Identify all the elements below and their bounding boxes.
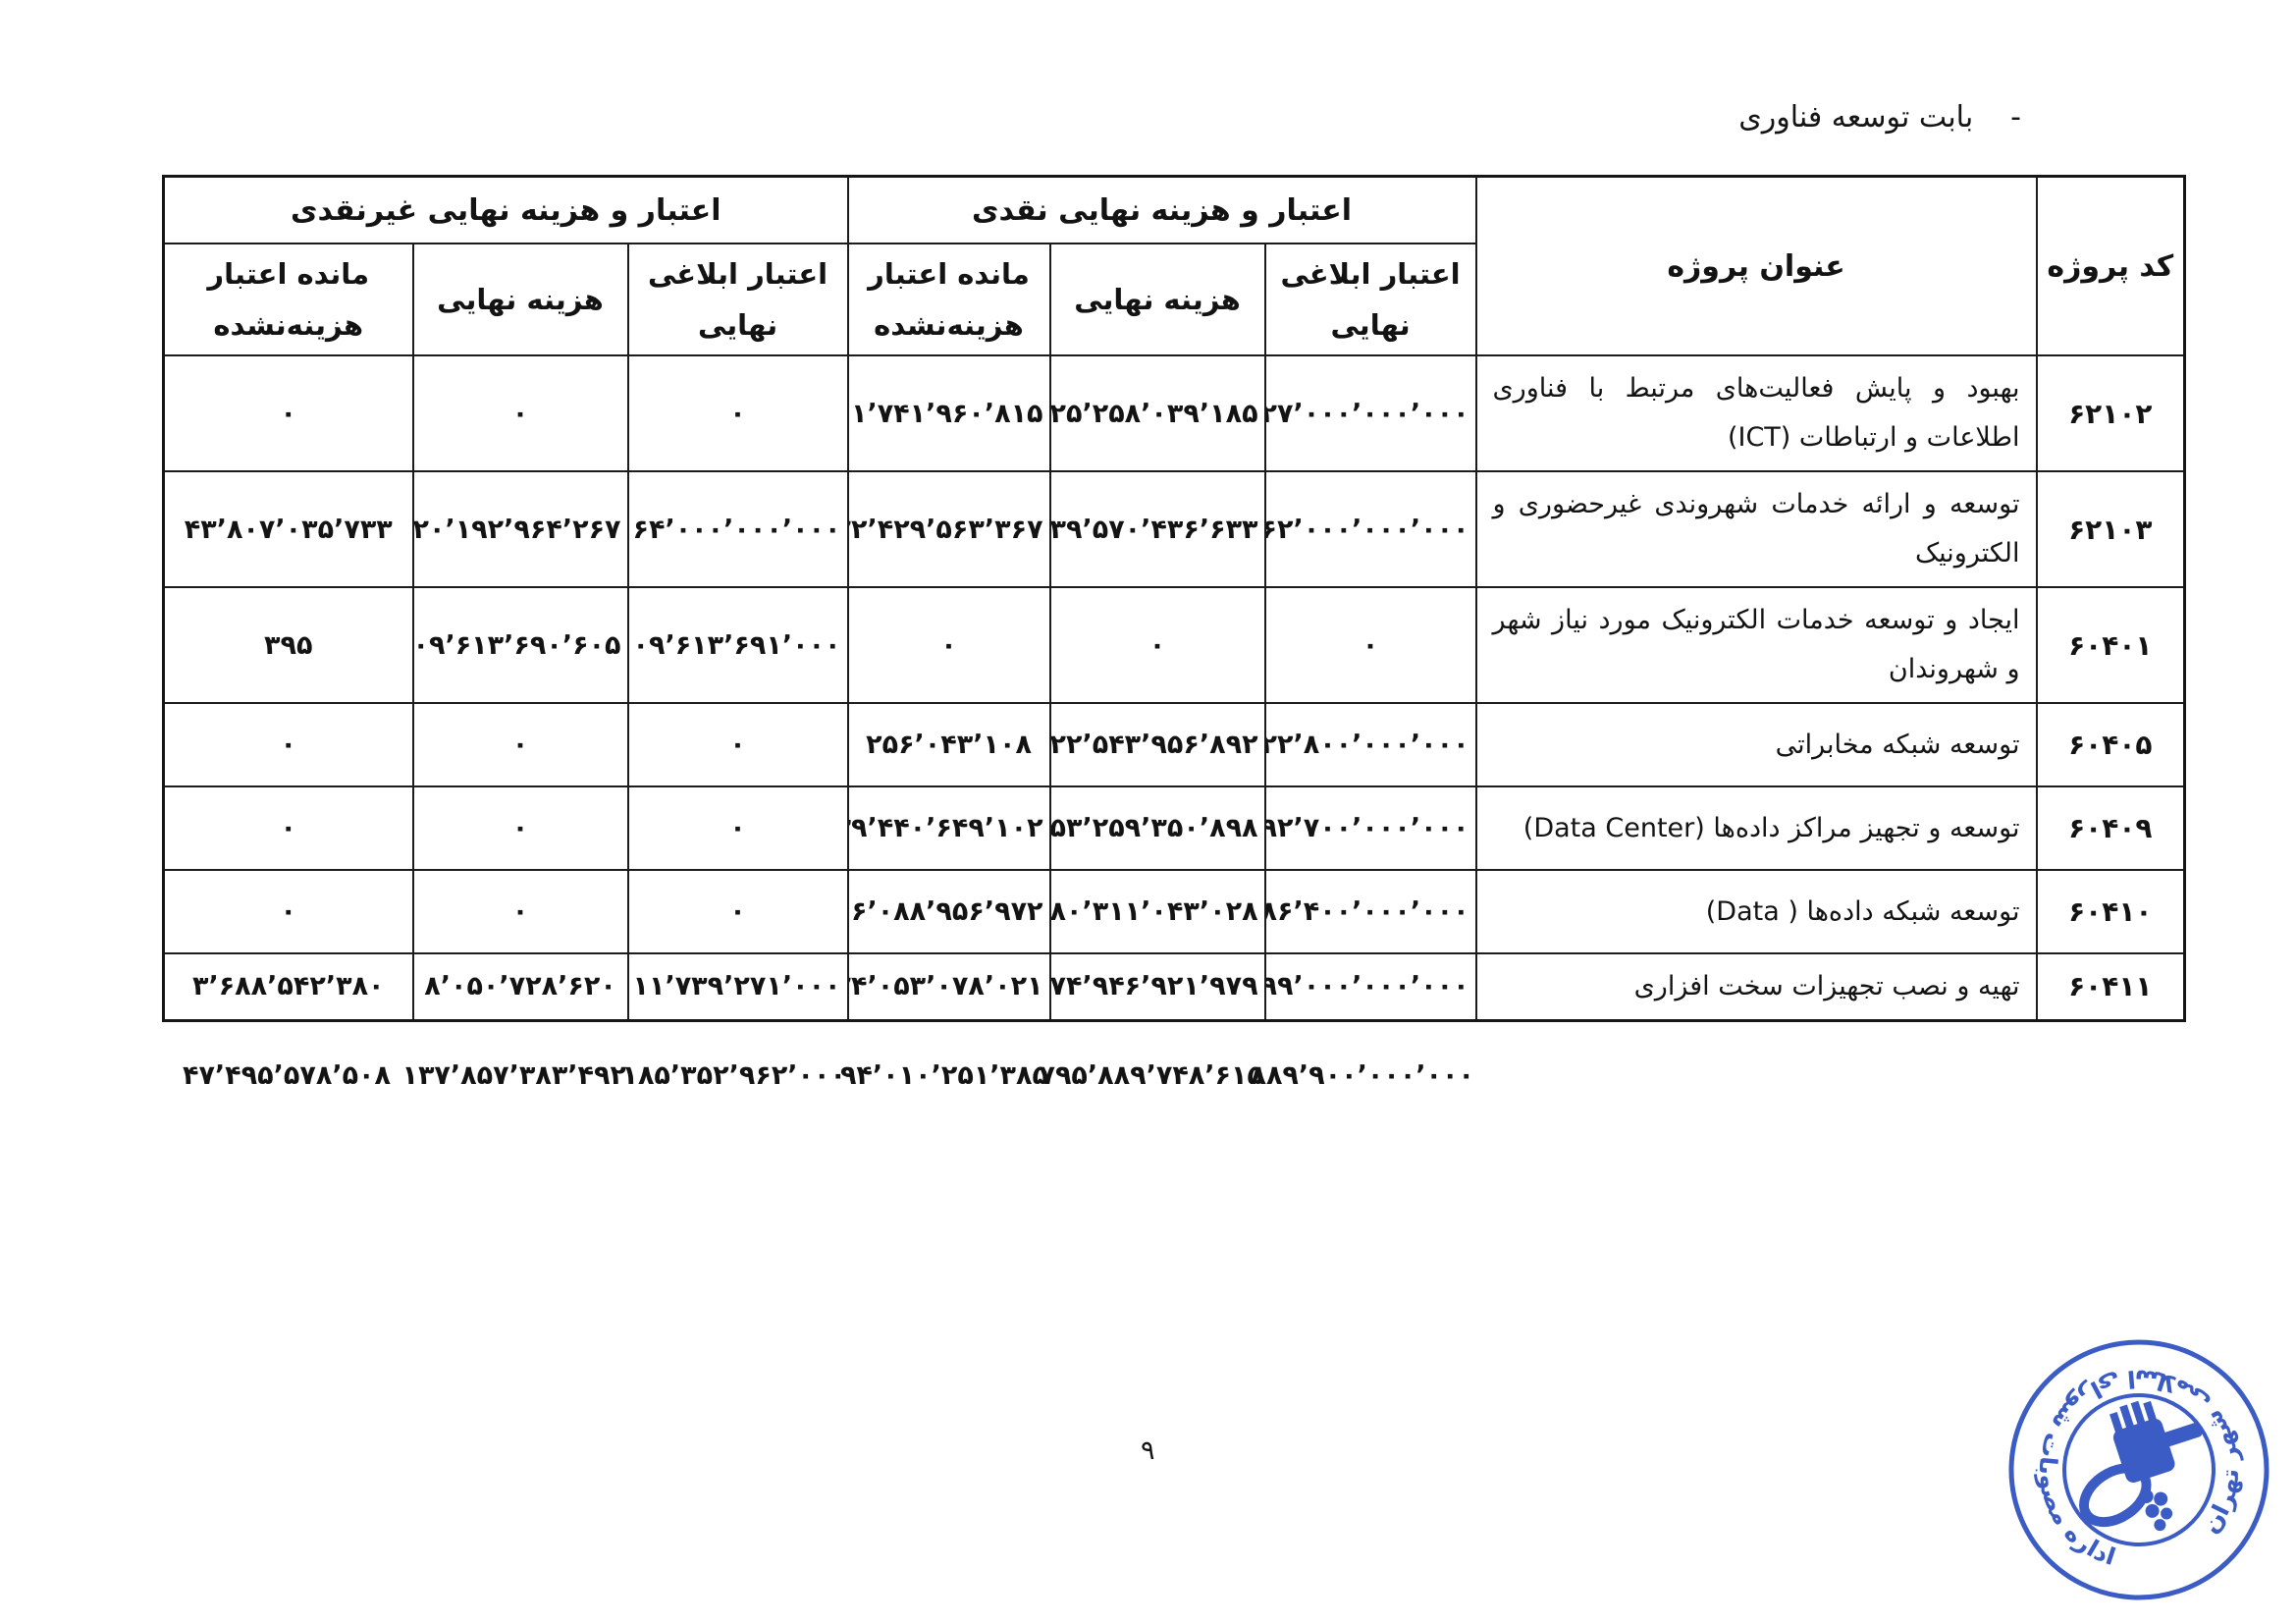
noncash-allocated-cell: ۱۱٬۷۳۹٬۲۷۱٬۰۰۰ bbox=[628, 953, 848, 1020]
header-noncash-allocated: اعتبار ابلاغی نهایی bbox=[628, 244, 848, 355]
cash-allocated-cell: ۲۷٬۰۰۰٬۰۰۰٬۰۰۰ bbox=[1265, 355, 1476, 471]
total-noncash-allocated: ۱۸۵٬۳۵۲٬۹۶۲٬۰۰۰ bbox=[626, 1060, 846, 1091]
noncash-cost-cell: ۲۰٬۱۹۲٬۹۶۴٬۲۶۷ bbox=[413, 471, 628, 587]
header-project-title: عنوان پروژه bbox=[1476, 177, 2037, 356]
total-cash-cost: ۷۹۵٬۸۸۹٬۷۴۸٬۶۱۵ bbox=[1048, 1060, 1263, 1091]
code-cell: ۶۰۴۰۱ bbox=[2037, 587, 2185, 703]
cash-allocated-cell: ۹۹٬۰۰۰٬۰۰۰٬۰۰۰ bbox=[1265, 953, 1476, 1020]
page-title: بابت توسعه فناوری bbox=[1738, 100, 1973, 135]
header-noncash-cost: هزینه نهایی bbox=[413, 244, 628, 355]
noncash-cost-cell: ۰ bbox=[413, 703, 628, 786]
noncash-allocated-cell: ۰ bbox=[628, 870, 848, 953]
noncash-allocated-cell: ۱۰۹٬۶۱۳٬۶۹۱٬۰۰۰ bbox=[628, 587, 848, 703]
totals-row: ۴۷٬۴۹۵٬۵۷۸٬۵۰۸ ۱۳۷٬۸۵۷٬۳۸۳٬۴۹۲ ۱۸۵٬۳۵۲٬۹… bbox=[162, 1060, 1474, 1091]
cash-remaining-cell: ۳۹٬۴۴۰٬۶۴۹٬۱۰۲ bbox=[848, 786, 1050, 870]
noncash-allocated-cell: ۰ bbox=[628, 786, 848, 870]
cash-cost-cell: ۸۰٬۳۱۱٬۰۴۳٬۰۲۸ bbox=[1050, 870, 1265, 953]
header-cash-allocated: اعتبار ابلاغی نهایی bbox=[1265, 244, 1476, 355]
code-cell: ۶۰۴۰۹ bbox=[2037, 786, 2185, 870]
cash-cost-cell: ۱۵۳٬۲۵۹٬۳۵۰٬۸۹۸ bbox=[1050, 786, 1265, 870]
code-cell: ۶۲۱۰۳ bbox=[2037, 471, 2185, 587]
cash-remaining-cell: ۰ bbox=[848, 587, 1050, 703]
section-heading: - بابت توسعه فناوری bbox=[1738, 100, 2021, 135]
header-cash-cost: هزینه نهایی bbox=[1050, 244, 1265, 355]
header-project-code: کد پروژه bbox=[2037, 177, 2185, 356]
cash-allocated-cell: ۸۶٬۴۰۰٬۰۰۰٬۰۰۰ bbox=[1265, 870, 1476, 953]
total-cash-allocated: ۸۸۹٬۹۰۰٬۰۰۰٬۰۰۰ bbox=[1263, 1060, 1474, 1091]
noncash-cost-cell: ۰ bbox=[413, 355, 628, 471]
noncash-remaining-cell: ۴۳٬۸۰۷٬۰۳۵٬۷۳۳ bbox=[164, 471, 413, 587]
cash-cost-cell: ۲۲٬۵۴۳٬۹۵۶٬۸۹۲ bbox=[1050, 703, 1265, 786]
total-cash-remaining: ۹۴٬۰۱۰٬۲۵۱٬۳۸۵ bbox=[846, 1060, 1048, 1091]
title-cell: توسعه شبکه داده‌ها ( Data) bbox=[1476, 870, 2037, 953]
cash-allocated-cell: ۱۹۲٬۷۰۰٬۰۰۰٬۰۰۰ bbox=[1265, 786, 1476, 870]
title-cell: توسعه و ارائه خدمات شهروندی غیرحضوری و ا… bbox=[1476, 471, 2037, 587]
header-cash-group: اعتبار و هزینه نهایی نقدی bbox=[848, 177, 1476, 244]
cash-cost-cell: ۲۵٬۲۵۸٬۰۳۹٬۱۸۵ bbox=[1050, 355, 1265, 471]
cash-allocated-cell: ۴۶۲٬۰۰۰٬۰۰۰٬۰۰۰ bbox=[1265, 471, 1476, 587]
cash-cost-cell: ۰ bbox=[1050, 587, 1265, 703]
header-noncash-remaining: مانده اعتبار هزینه‌نشده bbox=[164, 244, 413, 355]
noncash-cost-cell: ۰ bbox=[413, 870, 628, 953]
title-cell: توسعه شبکه مخابراتی bbox=[1476, 703, 2037, 786]
cash-cost-cell: ۷۴٬۹۴۶٬۹۲۱٬۹۷۹ bbox=[1050, 953, 1265, 1020]
cash-remaining-cell: ۱٬۷۴۱٬۹۶۰٬۸۱۵ bbox=[848, 355, 1050, 471]
title-cell: تهیه و نصب تجهیزات سخت افزاری bbox=[1476, 953, 2037, 1020]
council-stamp: اداره مصوبات شورای اسلامی شهر تهران bbox=[1991, 1318, 2287, 1622]
title-cell: ایجاد و توسعه خدمات الکترونیک مورد نیاز … bbox=[1476, 587, 2037, 703]
cash-remaining-cell: ۲۵۶٬۰۴۳٬۱۰۸ bbox=[848, 703, 1050, 786]
code-cell: ۶۰۴۰۵ bbox=[2037, 703, 2185, 786]
table-row: ۶۰۴۱۰ توسعه شبکه داده‌ها ( Data) ۸۶٬۴۰۰٬… bbox=[164, 870, 2185, 953]
table-row: ۶۰۴۱۱ تهیه و نصب تجهیزات سخت افزاری ۹۹٬۰… bbox=[164, 953, 2185, 1020]
header-group-row: کد پروژه عنوان پروژه اعتبار و هزینه نهای… bbox=[164, 177, 2185, 244]
noncash-remaining-cell: ۳٬۶۸۸٬۵۴۲٬۳۸۰ bbox=[164, 953, 413, 1020]
table-row: ۶۰۴۰۵ توسعه شبکه مخابراتی ۲۲٬۸۰۰٬۰۰۰٬۰۰۰… bbox=[164, 703, 2185, 786]
noncash-remaining-cell: ۰ bbox=[164, 703, 413, 786]
cash-cost-cell: ۴۳۹٬۵۷۰٬۴۳۶٬۶۳۳ bbox=[1050, 471, 1265, 587]
budget-table-wrap: کد پروژه عنوان پروژه اعتبار و هزینه نهای… bbox=[162, 175, 2186, 1022]
table-row: ۶۲۱۰۲ بهبود و پایش فعالیت‌های مرتبط با ف… bbox=[164, 355, 2185, 471]
heading-dash: - bbox=[2010, 100, 2021, 135]
noncash-cost-cell: ۱۰۹٬۶۱۳٬۶۹۰٬۶۰۵ bbox=[413, 587, 628, 703]
noncash-remaining-cell: ۰ bbox=[164, 786, 413, 870]
cash-allocated-cell: ۲۲٬۸۰۰٬۰۰۰٬۰۰۰ bbox=[1265, 703, 1476, 786]
header-cash-remaining: مانده اعتبار هزینه‌نشده bbox=[848, 244, 1050, 355]
noncash-allocated-cell: ۰ bbox=[628, 355, 848, 471]
title-cell: بهبود و پایش فعالیت‌های مرتبط با فناوری … bbox=[1476, 355, 2037, 471]
total-noncash-remaining: ۴۷٬۴۹۵٬۵۷۸٬۵۰۸ bbox=[162, 1060, 411, 1091]
noncash-cost-cell: ۸٬۰۵۰٬۷۲۸٬۶۲۰ bbox=[413, 953, 628, 1020]
cash-remaining-cell: ۶٬۰۸۸٬۹۵۶٬۹۷۲ bbox=[848, 870, 1050, 953]
document-page: { "page": { "list_dash": "-", "title": "… bbox=[0, 0, 2296, 1624]
cash-remaining-cell: ۲۴٬۰۵۳٬۰۷۸٬۰۲۱ bbox=[848, 953, 1050, 1020]
page-number: ۹ bbox=[1141, 1435, 1155, 1466]
table-row: ۶۲۱۰۳ توسعه و ارائه خدمات شهروندی غیرحضو… bbox=[164, 471, 2185, 587]
noncash-remaining-cell: ۰ bbox=[164, 870, 413, 953]
code-cell: ۶۰۴۱۱ bbox=[2037, 953, 2185, 1020]
noncash-allocated-cell: ۰ bbox=[628, 703, 848, 786]
cash-remaining-cell: ۲۲٬۴۲۹٬۵۶۳٬۳۶۷ bbox=[848, 471, 1050, 587]
noncash-allocated-cell: ۶۴٬۰۰۰٬۰۰۰٬۰۰۰ bbox=[628, 471, 848, 587]
header-noncash-group: اعتبار و هزینه نهایی غیرنقدی bbox=[164, 177, 848, 244]
title-cell: توسعه و تجهیز مراکز داده‌ها (Data Center… bbox=[1476, 786, 2037, 870]
table-row: ۶۰۴۰۱ ایجاد و توسعه خدمات الکترونیک مورد… bbox=[164, 587, 2185, 703]
table-row: ۶۰۴۰۹ توسعه و تجهیز مراکز داده‌ها (Data … bbox=[164, 786, 2185, 870]
total-noncash-cost: ۱۳۷٬۸۵۷٬۳۸۳٬۴۹۲ bbox=[411, 1060, 626, 1091]
budget-table: کد پروژه عنوان پروژه اعتبار و هزینه نهای… bbox=[162, 175, 2186, 1022]
noncash-remaining-cell: ۰ bbox=[164, 355, 413, 471]
code-cell: ۶۰۴۱۰ bbox=[2037, 870, 2185, 953]
cash-allocated-cell: ۰ bbox=[1265, 587, 1476, 703]
code-cell: ۶۲۱۰۲ bbox=[2037, 355, 2185, 471]
noncash-remaining-cell: ۳۹۵ bbox=[164, 587, 413, 703]
noncash-cost-cell: ۰ bbox=[413, 786, 628, 870]
